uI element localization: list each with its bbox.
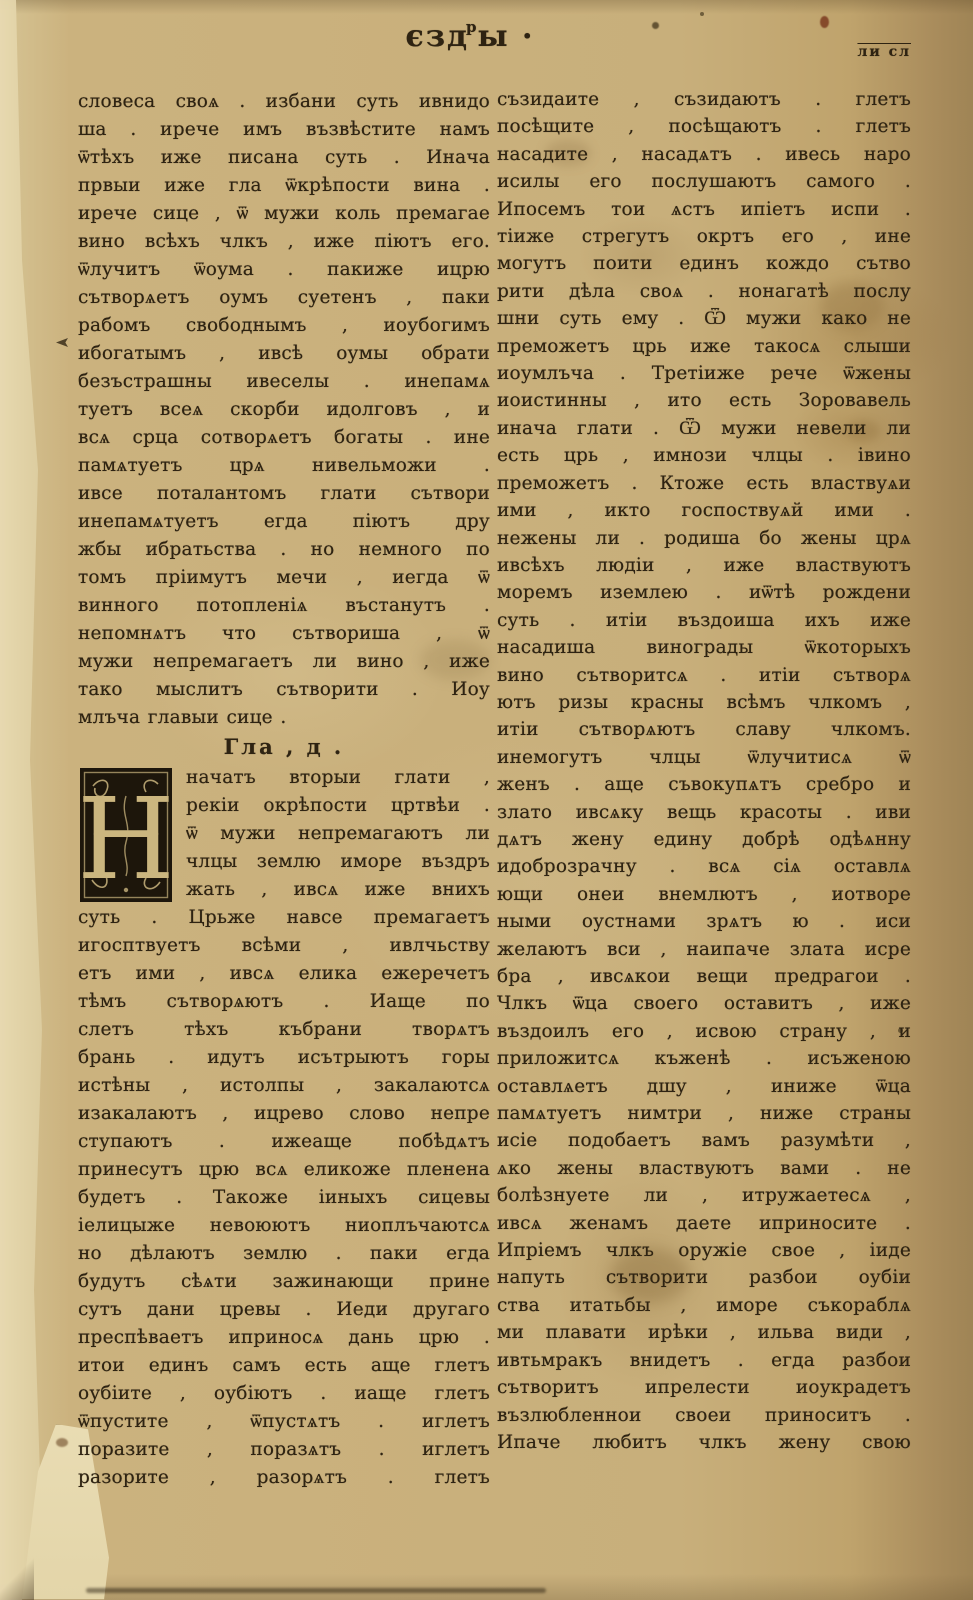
text-line: изакалаютъ , ицрево слово непре [78, 1100, 490, 1128]
text-line: злато ивсѧку вещь красоты . иви [497, 799, 911, 826]
text-line: насадите , насадѧтъ . ивесь наро [497, 141, 911, 168]
text-line: итои единъ самъ есть аще глетъ [78, 1352, 490, 1380]
text-line: исіе подобаетъ вамъ разумѣти , [497, 1127, 911, 1154]
text-line: сътворитъ ипрелести иоукрадетъ [497, 1374, 911, 1401]
text-line: възлюбленнои своеи приноситъ . [497, 1402, 911, 1429]
text-line: сътворѧетъ оумъ суетенъ , паки [78, 284, 490, 312]
signature-mark: ли сл [857, 44, 911, 60]
text-line: посѣщите , посѣщаютъ . глетъ [497, 113, 911, 140]
text-line: оставлѧетъ дшу , иниже ѿца [497, 1073, 911, 1100]
text-line: ства итатьбы , иморе съкораблѧ [497, 1292, 911, 1319]
text-line: Ипріемъ члкъ оружіе свое , іиде [497, 1237, 911, 1264]
text-line: ѿтѣхъ иже писана суть . Инача [78, 144, 490, 172]
initial-letter: Н [80, 775, 172, 902]
text-line: брань . идутъ исътрыютъ горы [78, 1044, 490, 1072]
text-line: ѿлучитъ ѿоума . пакиже ицрю [78, 256, 490, 284]
text-line: бра , ивсѧкои вещи предрагои . [497, 963, 911, 990]
text-line: ивтьмракъ внидетъ . егда разбои [497, 1347, 911, 1374]
text-line: оубіите , оубіютъ . иаще глетъ [78, 1380, 490, 1408]
right-column: съзидаите , съзидаютъ . глетъпосѣщите , … [497, 86, 911, 1456]
text-line: ющи онеи внемлютъ , иотворе [497, 881, 911, 908]
text-line: желаютъ вси , наипаче злата исре [497, 936, 911, 963]
left-column: словеса своѧ . избани суть ивнидоша . ир… [78, 88, 490, 1492]
text-line: непомнѧтъ что сътвориша , ѿ [78, 620, 490, 648]
text-line: Члкъ ѿца своего оставитъ , иже [497, 990, 911, 1017]
text-line: инепамѧтуетъ егда піютъ дру [78, 508, 490, 536]
text-line: Ипосемъ тои ѧстъ ипіетъ испи . [497, 196, 911, 223]
text-line: ми плавати ирѣки , ильва види , [497, 1319, 911, 1346]
text-line: идоброзрачну . всѧ сіѧ оставлѧ [497, 853, 911, 880]
text-line: іелицыже невоюютъ ниоплъчаютсѧ [78, 1212, 490, 1240]
text-line: моремъ иземлею . иѿтѣ рождени [497, 579, 911, 606]
text-line: въздоилъ его , исвою страну , и [497, 1018, 911, 1045]
text-line: преспѣваетъ иприносѧ дань црю . [78, 1324, 490, 1352]
text-line: исилы его послушаютъ самого . [497, 168, 911, 195]
text-line: истѣны , истолпы , закалаютсѧ [78, 1072, 490, 1100]
text-line: ѧко жены властвуютъ вами . не [497, 1155, 911, 1182]
margin-mark [56, 338, 68, 347]
text-line: ирече сице , ѿ мужи коль премагае [78, 200, 490, 228]
right-column-lines: съзидаите , съзидаютъ . глетъпосѣщите , … [497, 86, 911, 1456]
text-line: слетъ тѣхъ къбрани творѧтъ [78, 1016, 490, 1044]
text-line: тіиже стрегутъ окртъ его , ине [497, 223, 911, 250]
text-line: безъстрашны ивеселы . инепамѧ [78, 368, 490, 396]
text-line: приложитсѧ къженѣ . исъженою [497, 1045, 911, 1072]
text-line: будетъ . Такоже іиныхъ сицевы [78, 1184, 490, 1212]
text-line: ными оустнами зрѧтъ ю . иси [497, 908, 911, 935]
ink-stain [700, 12, 704, 16]
running-title-text: єзд [406, 19, 469, 54]
text-line: могутъ поити единъ кождо сътво [497, 250, 911, 277]
text-line: ибогатымъ , ивсѣ оумы обрати [78, 340, 490, 368]
text-line: ивсе поталантомъ глати сътвори [78, 480, 490, 508]
text-line: иоистинны , ито есть Зоровавель [497, 387, 911, 414]
text-line: ивсѣхъ людіи , иже властвуютъ [497, 552, 911, 579]
text-line: словеса своѧ . избани суть ивнидо [78, 88, 490, 116]
torn-left-edge [0, 0, 58, 1600]
text-line: игосптвуетъ всѣми , ивлчьству [78, 932, 490, 960]
running-title: єздры · [0, 18, 940, 54]
text-line: принесутъ црю всѧ еликоже пленена [78, 1156, 490, 1184]
text-line: томъ пріимутъ мечи , иегда ѿ [78, 564, 490, 592]
text-line: суть . итіи въздоиша ихъ иже [497, 607, 911, 634]
text-line: етъ ими , ивсѧ елика ежеречетъ [78, 960, 490, 988]
text-line: напуть сътворити разбои оубіи [497, 1264, 911, 1291]
ink-stain [56, 1438, 68, 1447]
text-line: инача глати . Ѿ мужи невели ли [497, 415, 911, 442]
page-bottom-edge [86, 1588, 546, 1593]
text-line: ивсѧ женамъ даете иприносите . [497, 1210, 911, 1237]
chapter-four-text: Н начатъ вторыи глати ,рекіи окрѣпости ц… [78, 764, 490, 1492]
text-line: итіи сътворѧютъ славу члкомъ. [497, 716, 911, 743]
text-line: съзидаите , съзидаютъ . глетъ [497, 86, 911, 113]
text-line: винного потопленіѧ въстанутъ . [78, 592, 490, 620]
text-line: млъча главыи сице . [78, 704, 490, 732]
text-line: болѣзнуете ли , итружаетесѧ , [497, 1182, 911, 1209]
text-line: дѧтъ жену едину добрѣ одѣѧнну [497, 826, 911, 853]
text-line: но дѣлаютъ землю . паки егда [78, 1240, 490, 1268]
text-line: памѧтуетъ нимтри , ниже страны [497, 1100, 911, 1127]
chapter-heading: Гла , д . [78, 732, 490, 762]
text-line: преможетъ . Ктоже есть властвуѧи [497, 470, 911, 497]
text-line: сутъ дани цревы . Иеди другаго [78, 1296, 490, 1324]
text-line: рабомъ свободнымъ , иоубогимъ [78, 312, 490, 340]
text-line: вино всѣхъ члкъ , иже піютъ его. [78, 228, 490, 256]
text-line: разорите , разорѧтъ . глетъ [78, 1464, 490, 1492]
text-line: ша . ирече имъ възвѣстите намъ [78, 116, 490, 144]
bottom-left-corner-shadow [0, 1556, 34, 1600]
text-line: ими , икто госпоствуѧй ими . [497, 497, 911, 524]
text-line: поразите , поразѧтъ . иглетъ [78, 1436, 490, 1464]
text-line: рити дѣла своѧ . нонагатѣ послу [497, 278, 911, 305]
text-line: суть . Црьже навсе премагаетъ [78, 904, 490, 932]
text-line: Ипаче любитъ члкъ жену свою [497, 1429, 911, 1456]
manuscript-page: єздры · ли сл словеса своѧ . избани суть… [0, 0, 973, 1600]
text-line: жбы ибратьства . но немного по [78, 536, 490, 564]
text-line: мужи непремагаетъ ли вино , иже [78, 648, 490, 676]
text-line: ютъ ризы красны всѣмъ члкомъ , [497, 689, 911, 716]
text-line: тако мыслитъ сътворити . Иоу [78, 676, 490, 704]
text-line: инемогутъ члцы ѿлучитисѧ ѿ [497, 744, 911, 771]
text-line: насадиша винограды ѿкоторыхъ [497, 634, 911, 661]
woodcut-initial-art: Н [80, 768, 172, 902]
text-line: ступаютъ . ижеаще побѣдѧтъ [78, 1128, 490, 1156]
text-line: иоумлъча . Третіиже рече ѿжены [497, 360, 911, 387]
text-line: тѣмъ сътворѧютъ . Иаще по [78, 988, 490, 1016]
text-line: всѧ срца сотворѧетъ богаты . ине [78, 424, 490, 452]
text-line: есть црь , имнози члцы . івино [497, 442, 911, 469]
text-line: првыи иже гла ѿкрѣпости вина . [78, 172, 490, 200]
text-line: преможетъ црь иже такосѧ слыши [497, 333, 911, 360]
text-line: ѿпустите , ѿпустѧтъ . иглетъ [78, 1408, 490, 1436]
text-line: женъ . аще съвокупѧтъ сребро и [497, 771, 911, 798]
text-line: вино сътворитсѧ . итіи сътворѧ [497, 662, 911, 689]
text-line: будутъ сѣѧти зажинающи прине [78, 1268, 490, 1296]
ornate-initial-block: Н [80, 768, 172, 902]
text-line: памѧтуетъ црѧ нивельможи . [78, 452, 490, 480]
running-title-tail: ы · [477, 19, 534, 54]
paragraph-on-wine: словеса своѧ . избани суть ивнидоша . ир… [78, 88, 490, 704]
text-line: туетъ всеѧ скорби идолговъ , и [78, 396, 490, 424]
text-line: шни суть ему . Ѿ мужи како не [497, 305, 911, 332]
text-line: нежены ли . родиша бо жены црѧ [497, 525, 911, 552]
